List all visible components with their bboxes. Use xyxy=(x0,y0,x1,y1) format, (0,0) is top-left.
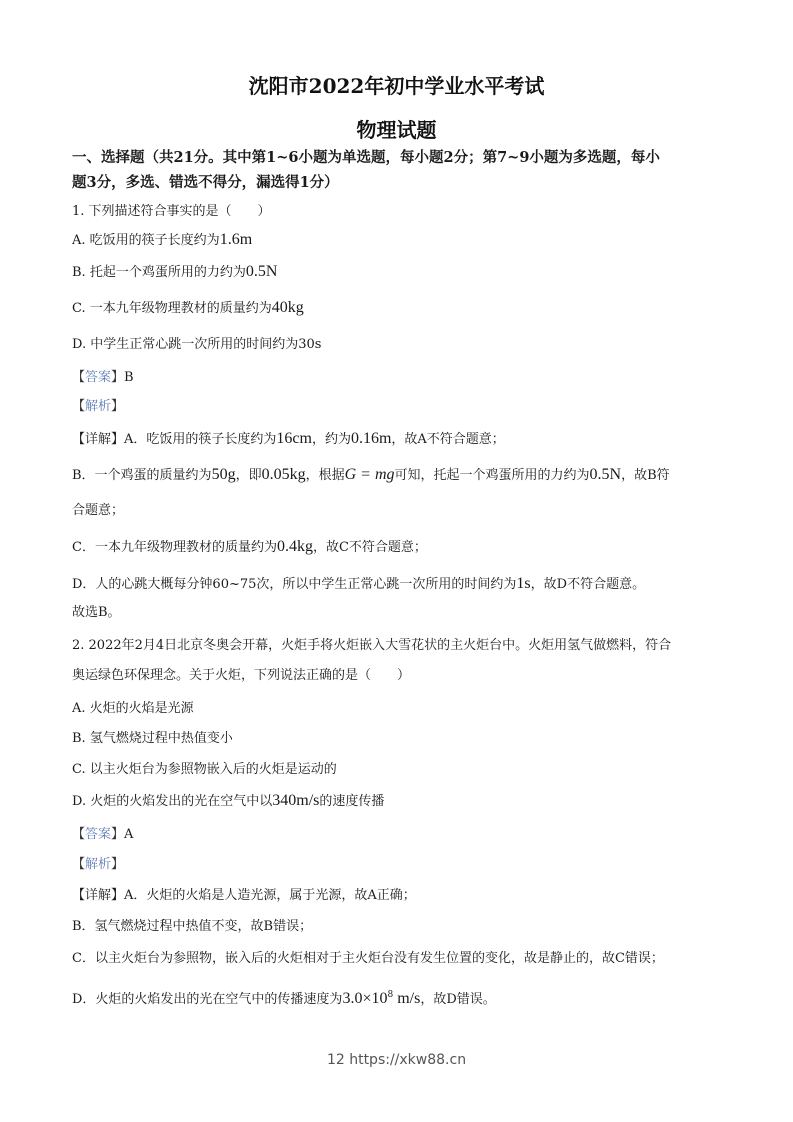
answer-value: A xyxy=(124,827,133,842)
q1-answer: 【答案】B xyxy=(72,370,727,386)
section-heading-line1: 一、选择题（共21分。其中第1~6小题为单选题，每小题2分；第7~9小题为多选题… xyxy=(72,150,727,166)
q1-stem: 1. 下列描述符合事实的是（ ） xyxy=(72,204,727,220)
q2-stem-line1: 2. 2022年2月4日北京冬奥会开幕，火炬手将火炬嵌入大雪花状的主火炬台中。火… xyxy=(72,638,727,654)
q2-analysis-tag: 【解析】 xyxy=(72,857,727,873)
q2-detail-d: D．火炬的火焰发出的光在空气中的传播速度为3.0×108 m/s，故D错误。 xyxy=(72,987,727,1008)
q1-detail-b-cont: 合题意； xyxy=(72,503,727,519)
q1-conclusion: 故选B。 xyxy=(72,605,727,621)
q1-detail-d: D．人的心跳大概每分钟60~75次，所以中学生正常心跳一次所用的时间约为1s，故… xyxy=(72,576,727,593)
q2-detail-c: C．以主火炬台为参照物，嵌入后的火炬相对于主火炬台没有发生位置的变化，故是静止的… xyxy=(72,951,727,967)
detail-tag: 【详解】 xyxy=(72,888,124,903)
page-footer: 12 https://xkw88.cn xyxy=(0,1052,793,1068)
answer-value: B xyxy=(124,370,134,385)
q1-option-c: C. 一本九年级物理教材的质量约为40kg xyxy=(72,300,727,317)
answer-tag: 答案 xyxy=(85,827,111,842)
q2-option-c: C. 以主火炬台为参照物嵌入后的火炬是运动的 xyxy=(72,762,727,778)
exam-subtitle: 物理试题 xyxy=(0,114,793,143)
q1-option-b: B. 托起一个鸡蛋所用的力约为0.5N xyxy=(72,264,727,281)
detail-tag: 【详解】 xyxy=(72,432,124,447)
section-heading-line2: 题3分，多选、错选不得分，漏选得1分） xyxy=(72,175,727,191)
answer-tag: 答案 xyxy=(85,370,111,385)
q1-detail-c: C．一本九年级物理教材的质量约为0.4kg，故C不符合题意； xyxy=(72,539,727,556)
exam-page: 沈阳市2022年初中学业水平考试 物理试题 一、选择题（共21分。其中第1~6小… xyxy=(0,0,793,1122)
q1-detail-a: 【详解】A．吃饭用的筷子长度约为16cm，约为0.16m，故A不符合题意； xyxy=(72,431,727,448)
q1-option-a: A. 吃饭用的筷子长度约为1.6m xyxy=(72,232,727,249)
q2-answer: 【答案】A xyxy=(72,827,727,843)
q1-option-d: D. 中学生正常心跳一次所用的时间约为30s xyxy=(72,337,727,353)
q1-detail-b: B．一个鸡蛋的质量约为50g，即0.05kg，根据G = mg可知，托起一个鸡蛋… xyxy=(72,467,727,484)
q2-option-d: D. 火炬的火焰发出的光在空气中以340m/s的速度传播 xyxy=(72,793,727,810)
q2-option-a: A. 火炬的火焰是光源 xyxy=(72,701,727,717)
q2-detail-b: B．氢气燃烧过程中热值不变，故B错误； xyxy=(72,919,727,935)
q1-analysis-tag: 【解析】 xyxy=(72,399,727,415)
q2-stem-line2: 奥运绿色环保理念。关于火炬，下列说法正确的是（ ） xyxy=(72,668,727,684)
q2-detail-a: 【详解】A．火炬的火焰是人造光源，属于光源，故A正确； xyxy=(72,888,727,904)
q2-option-b: B. 氢气燃烧过程中热值变小 xyxy=(72,731,727,747)
exam-title: 沈阳市2022年初中学业水平考试 xyxy=(0,70,793,99)
